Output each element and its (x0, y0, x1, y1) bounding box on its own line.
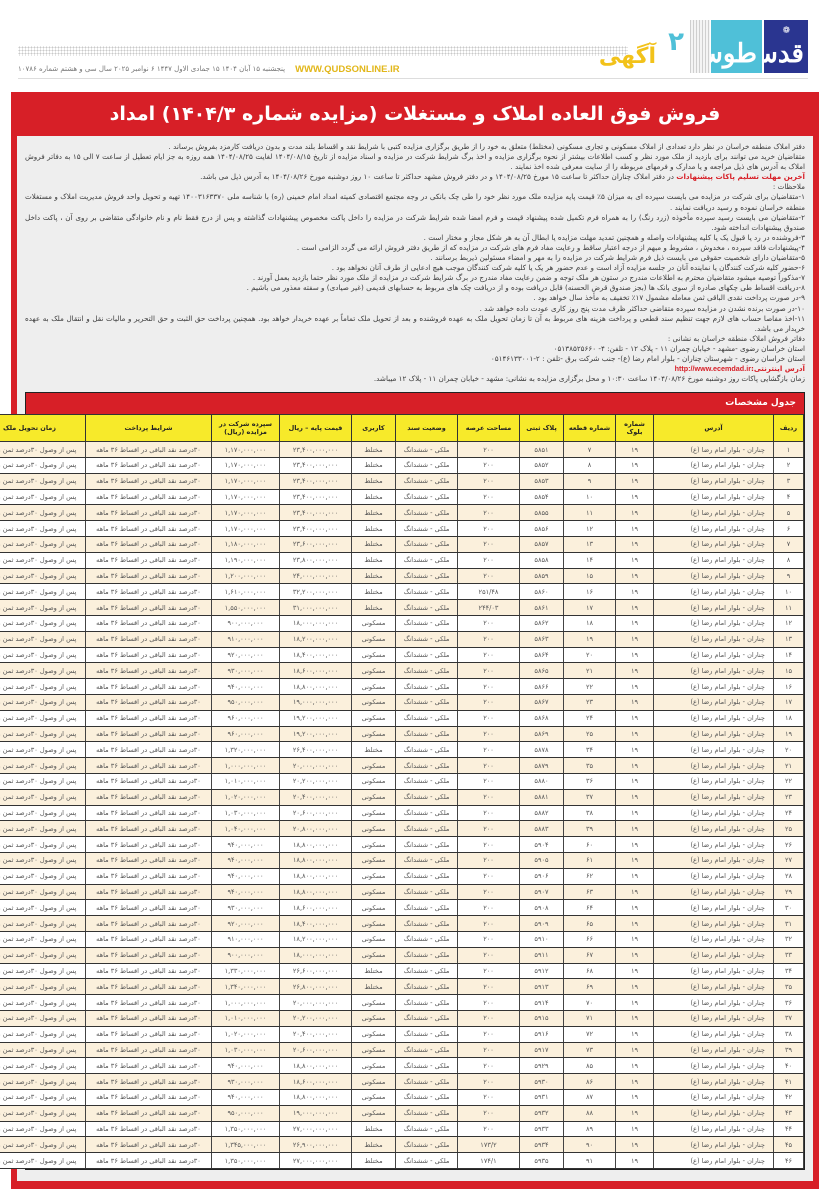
table-row: ۱۹چناران - بلوار امام رضا (ع)۱۹۲۵۵۸۶۹۲۰۰… (0, 726, 804, 742)
cell-area: ۲۰۰ (458, 537, 520, 553)
cell-usage: مسکونی (352, 1010, 396, 1026)
cell-block: ۱۹ (616, 1153, 654, 1169)
cell-usage: مختلط (352, 505, 396, 521)
cell-row-number: ۳۸ (774, 1026, 804, 1042)
cell-row-number: ۲۹ (774, 884, 804, 900)
cell-area: ۲۰۰ (458, 852, 520, 868)
cell-area: ۲۰۰ (458, 837, 520, 853)
cell-parcel: ۷۲ (564, 1026, 616, 1042)
cell-base-price: ۲۳,۴۰۰,۰۰۰,۰۰۰ (280, 458, 352, 474)
cell-row-number: ۹ (774, 568, 804, 584)
cell-deposit: ۹۵۰,۰۰۰,۰۰۰ (212, 695, 280, 711)
cell-deposit: ۱,۶۱۰,۰۰۰,۰۰۰ (212, 584, 280, 600)
table-row: ۲۰چناران - بلوار امام رضا (ع)۱۹۳۴۵۸۷۸۲۰۰… (0, 742, 804, 758)
cell-deed-status: ملکی - ششدانگ (396, 837, 458, 853)
table-row: ۱۴چناران - بلوار امام رضا (ع)۱۹۲۰۵۸۶۴۲۰۰… (0, 647, 804, 663)
cell-delivery-time: پس از وصول ۳۰درصد ثمن معامله (0, 647, 86, 663)
cell-usage: مسکونی (352, 1026, 396, 1042)
cell-parcel: ۶۹ (564, 979, 616, 995)
deadline-text: در دفتر املاک چناران حداکثر تا ساعت ۱۵ م… (200, 172, 676, 181)
cell-area: ۲۰۰ (458, 505, 520, 521)
cell-usage: مسکونی (352, 947, 396, 963)
cell-address: چناران - بلوار امام رضا (ع) (654, 773, 774, 789)
cell-deposit: ۹۱۰,۰۰۰,۰۰۰ (212, 931, 280, 947)
col-header-area: مساحت عرصه (458, 415, 520, 442)
cell-base-price: ۲۰,۴۰۰,۰۰۰,۰۰۰ (280, 789, 352, 805)
col-header-base-price: قیمت پایه – ریال (280, 415, 352, 442)
cell-area: ۲۰۰ (458, 1058, 520, 1074)
cell-deposit: ۹۴۰,۰۰۰,۰۰۰ (212, 852, 280, 868)
cell-area: ۲۰۰ (458, 726, 520, 742)
note-item: ۱۰-در صورت برنده نشدن در مزایده سپرده مت… (25, 304, 805, 314)
cell-base-price: ۲۰,۲۰۰,۰۰۰,۰۰۰ (280, 773, 352, 789)
issue-date: پنجشنبه ۱۵ آبان ۱۴۰۴ ۱۵ جمادی الاول ۱۴۴۷… (18, 65, 285, 73)
website-url-link[interactable]: http://www.ecemdad.ir (675, 364, 751, 374)
cell-block: ۱۹ (616, 979, 654, 995)
cell-plate: ۵۸۸۰ (520, 773, 564, 789)
table-row: ۲۷چناران - بلوار امام رضا (ع)۱۹۶۱۵۹۰۵۲۰۰… (0, 852, 804, 868)
cell-row-number: ۲ (774, 458, 804, 474)
cell-row-number: ۱۲ (774, 616, 804, 632)
cell-base-price: ۲۰,۶۰۰,۰۰۰,۰۰۰ (280, 1042, 352, 1058)
cell-plate: ۵۸۷۸ (520, 742, 564, 758)
cell-deed-status: ملکی - ششدانگ (396, 758, 458, 774)
cell-deposit: ۹۳۰,۰۰۰,۰۰۰ (212, 1074, 280, 1090)
cell-plate: ۵۸۵۴ (520, 489, 564, 505)
cell-deed-status: ملکی - ششدانگ (396, 1042, 458, 1058)
cell-address: چناران - بلوار امام رضا (ع) (654, 1153, 774, 1169)
cell-usage: مختلط (352, 552, 396, 568)
cell-parcel: ۱۵ (564, 568, 616, 584)
cell-delivery-time: پس از وصول ۳۰درصد ثمن معامله (0, 821, 86, 837)
cell-usage: مسکونی (352, 1042, 396, 1058)
col-header-deed: وضعیت سند (396, 415, 458, 442)
table-row: ۱۰چناران - بلوار امام رضا (ع)۱۹۱۶۵۸۶۰۲۵۱… (0, 584, 804, 600)
cell-delivery-time: پس از وصول ۳۰درصد ثمن معامله (0, 1074, 86, 1090)
cell-deed-status: ملکی - ششدانگ (396, 868, 458, 884)
cell-deed-status: ملکی - ششدانگ (396, 1010, 458, 1026)
cell-base-price: ۲۴,۰۰۰,۰۰۰,۰۰۰ (280, 568, 352, 584)
cell-address: چناران - بلوار امام رضا (ع) (654, 931, 774, 947)
cell-deed-status: ملکی - ششدانگ (396, 568, 458, 584)
cell-usage: مسکونی (352, 1074, 396, 1090)
cell-parcel: ۶۵ (564, 916, 616, 932)
cell-block: ۱۹ (616, 537, 654, 553)
cell-plate: ۵۹۳۰ (520, 1074, 564, 1090)
table-row: ۹چناران - بلوار امام رضا (ع)۱۹۱۵۵۸۵۹۲۰۰م… (0, 568, 804, 584)
cell-delivery-time: پس از وصول ۳۰درصد ثمن معامله (0, 442, 86, 458)
cell-area: ۲۰۰ (458, 695, 520, 711)
cell-plate: ۵۸۶۴ (520, 647, 564, 663)
cell-base-price: ۲۶,۶۰۰,۰۰۰,۰۰۰ (280, 963, 352, 979)
cell-deposit: ۱,۵۵۰,۰۰۰,۰۰۰ (212, 600, 280, 616)
cell-deposit: ۱,۰۰۰,۰۰۰,۰۰۰ (212, 995, 280, 1011)
cell-deposit: ۹۴۰,۰۰۰,۰۰۰ (212, 679, 280, 695)
cell-delivery-time: پس از وصول ۳۰درصد ثمن معامله (0, 1010, 86, 1026)
cell-address: چناران - بلوار امام رضا (ع) (654, 600, 774, 616)
cell-parcel: ۶۳ (564, 884, 616, 900)
cell-block: ۱۹ (616, 505, 654, 521)
table-row: ۲۲چناران - بلوار امام رضا (ع)۱۹۳۶۵۸۸۰۲۰۰… (0, 773, 804, 789)
table-row: ۷چناران - بلوار امام رضا (ع)۱۹۱۳۵۸۵۷۲۰۰م… (0, 537, 804, 553)
cell-deposit: ۱,۳۳۰,۰۰۰,۰۰۰ (212, 963, 280, 979)
cell-plate: ۵۸۵۸ (520, 552, 564, 568)
cell-usage: مختلط (352, 1121, 396, 1137)
cell-parcel: ۸۵ (564, 1058, 616, 1074)
cell-row-number: ۳۵ (774, 979, 804, 995)
cell-delivery-time: پس از وصول ۳۰درصد ثمن معامله (0, 631, 86, 647)
cell-row-number: ۸ (774, 552, 804, 568)
cell-usage: مختلط (352, 600, 396, 616)
cell-address: چناران - بلوار امام رضا (ع) (654, 758, 774, 774)
cell-usage: مختلط (352, 584, 396, 600)
cell-usage: مسکونی (352, 710, 396, 726)
cell-parcel: ۲۲ (564, 679, 616, 695)
cell-parcel: ۸۹ (564, 1121, 616, 1137)
cell-area: ۲۰۰ (458, 868, 520, 884)
cell-deed-status: ملکی - ششدانگ (396, 1058, 458, 1074)
cell-payment-terms: ۳۰درصد نقد الباقی در اقساط ۳۶ ماهه (86, 1121, 212, 1137)
cell-block: ۱۹ (616, 458, 654, 474)
cell-row-number: ۳۲ (774, 931, 804, 947)
cell-payment-terms: ۳۰درصد نقد الباقی در اقساط ۳۶ ماهه (86, 647, 212, 663)
cell-delivery-time: پس از وصول ۳۰درصد ثمن معامله (0, 931, 86, 947)
cell-delivery-time: پس از وصول ۳۰درصد ثمن معامله (0, 489, 86, 505)
cell-deposit: ۱,۳۵۰,۰۰۰,۰۰۰ (212, 1153, 280, 1169)
cell-deposit: ۹۴۰,۰۰۰,۰۰۰ (212, 884, 280, 900)
cell-delivery-time: پس از وصول ۳۰درصد ثمن معامله (0, 568, 86, 584)
table-row: ۱۶چناران - بلوار امام رضا (ع)۱۹۲۲۵۸۶۶۲۰۰… (0, 679, 804, 695)
cell-base-price: ۱۸,۸۰۰,۰۰۰,۰۰۰ (280, 679, 352, 695)
cell-row-number: ۲۲ (774, 773, 804, 789)
cell-block: ۱۹ (616, 789, 654, 805)
cell-plate: ۵۹۰۷ (520, 884, 564, 900)
cell-area: ۱۷۳/۲ (458, 1137, 520, 1153)
office-address-mashhad: استان خراسان رضوی -مشهد - خیابان چمران ۱… (25, 344, 805, 354)
properties-table: ردیف آدرس شماره بلوک شماره قطعه پلاک ثبت… (0, 414, 804, 1169)
cell-block: ۱۹ (616, 695, 654, 711)
cell-plate: ۵۸۶۱ (520, 600, 564, 616)
cell-address: چناران - بلوار امام رضا (ع) (654, 868, 774, 884)
cell-base-price: ۱۹,۰۰۰,۰۰۰,۰۰۰ (280, 1105, 352, 1121)
table-row: ۲چناران - بلوار امام رضا (ع)۱۹۸۵۸۵۲۲۰۰مل… (0, 458, 804, 474)
cell-payment-terms: ۳۰درصد نقد الباقی در اقساط ۳۶ ماهه (86, 868, 212, 884)
cell-deposit: ۹۲۰,۰۰۰,۰۰۰ (212, 647, 280, 663)
cell-row-number: ۵ (774, 505, 804, 521)
cell-deposit: ۹۲۰,۰۰۰,۰۰۰ (212, 916, 280, 932)
cell-plate: ۵۸۵۵ (520, 505, 564, 521)
cell-row-number: ۳۱ (774, 916, 804, 932)
col-header-plate: پلاک ثبتی (520, 415, 564, 442)
cell-block: ۱۹ (616, 805, 654, 821)
cell-plate: ۵۹۳۳ (520, 1121, 564, 1137)
cell-deed-status: ملکی - ششدانگ (396, 695, 458, 711)
cell-base-price: ۱۸,۸۰۰,۰۰۰,۰۰۰ (280, 868, 352, 884)
cell-plate: ۵۹۳۲ (520, 1105, 564, 1121)
cell-deposit: ۱,۳۲۰,۰۰۰,۰۰۰ (212, 742, 280, 758)
cell-row-number: ۱۶ (774, 679, 804, 695)
table-row: ۴۲چناران - بلوار امام رضا (ع)۱۹۸۷۵۹۳۱۲۰۰… (0, 1089, 804, 1105)
cell-block: ۱۹ (616, 868, 654, 884)
quds-logo: ❁ قدس (764, 20, 808, 73)
cell-deposit: ۹۴۰,۰۰۰,۰۰۰ (212, 837, 280, 853)
cell-deed-status: ملکی - ششدانگ (396, 1137, 458, 1153)
cell-deed-status: ملکی - ششدانگ (396, 742, 458, 758)
cell-plate: ۵۸۶۵ (520, 663, 564, 679)
cell-parcel: ۲۵ (564, 726, 616, 742)
decorative-stripes (690, 20, 710, 73)
note-item: ۲-متقاضیان می بایست رسید سپرده مأخوذه (ز… (25, 213, 805, 233)
cell-parcel: ۱۹ (564, 631, 616, 647)
note-item: ۹-در صورت پرداخت نقدی الباقی ثمن معامله … (25, 293, 805, 303)
cell-delivery-time: پس از وصول ۳۰درصد ثمن معامله (0, 1026, 86, 1042)
table-row: ۳۷چناران - بلوار امام رضا (ع)۱۹۷۱۵۹۱۵۲۰۰… (0, 1010, 804, 1026)
specs-table-container: جدول مشخصات ردیف آدرس شماره بلوک شماره ق… (25, 392, 805, 1170)
auction-advertisement: فروش فوق العاده املاک و مستغلات (مزایده … (11, 92, 819, 1189)
ad-body: دفتر املاک منطقه خراسان در نظر دارد تعدا… (17, 136, 813, 1181)
cell-deposit: ۱,۰۲۰,۰۰۰,۰۰۰ (212, 789, 280, 805)
cell-area: ۲۰۰ (458, 489, 520, 505)
cell-address: چناران - بلوار امام رضا (ع) (654, 1010, 774, 1026)
cell-usage: مختلط (352, 442, 396, 458)
cell-area: ۲۰۰ (458, 773, 520, 789)
table-row: ۲۸چناران - بلوار امام رضا (ع)۱۹۶۲۵۹۰۶۲۰۰… (0, 868, 804, 884)
table-row: ۴۴چناران - بلوار امام رضا (ع)۱۹۸۹۵۹۳۳۲۰۰… (0, 1121, 804, 1137)
toos-logo: طوس (711, 20, 762, 73)
cell-area: ۲۰۰ (458, 679, 520, 695)
cell-plate: ۵۹۱۰ (520, 931, 564, 947)
cell-block: ۱۹ (616, 679, 654, 695)
cell-area: ۲۰۰ (458, 568, 520, 584)
cell-row-number: ۲۰ (774, 742, 804, 758)
cell-delivery-time: پس از وصول ۳۰درصد ثمن معامله (0, 1153, 86, 1169)
note-item: ۳-فروشنده در رد یا قبول یک یا کلیه پیشنه… (25, 233, 805, 243)
cell-parcel: ۹۱ (564, 1153, 616, 1169)
cell-address: چناران - بلوار امام رضا (ع) (654, 852, 774, 868)
cell-parcel: ۸۷ (564, 1089, 616, 1105)
cell-area: ۲۰۰ (458, 442, 520, 458)
cell-usage: مسکونی (352, 884, 396, 900)
cell-payment-terms: ۳۰درصد نقد الباقی در اقساط ۳۶ ماهه (86, 916, 212, 932)
cell-row-number: ۷ (774, 537, 804, 553)
cell-deposit: ۱,۲۰۰,۰۰۰,۰۰۰ (212, 568, 280, 584)
col-header-parcel: شماره قطعه (564, 415, 616, 442)
cell-usage: مسکونی (352, 1058, 396, 1074)
cell-address: چناران - بلوار امام رضا (ع) (654, 1074, 774, 1090)
cell-block: ۱۹ (616, 1074, 654, 1090)
cell-base-price: ۱۸,۸۰۰,۰۰۰,۰۰۰ (280, 837, 352, 853)
cell-deed-status: ملکی - ششدانگ (396, 852, 458, 868)
cell-plate: ۵۹۳۱ (520, 1089, 564, 1105)
table-row: ۴۶چناران - بلوار امام رضا (ع)۱۹۹۱۵۹۳۵۱۷۴… (0, 1153, 804, 1169)
cell-base-price: ۱۸,۰۰۰,۰۰۰,۰۰۰ (280, 616, 352, 632)
cell-delivery-time: پس از وصول ۳۰درصد ثمن معامله (0, 900, 86, 916)
cell-plate: ۵۸۶۰ (520, 584, 564, 600)
cell-row-number: ۱۴ (774, 647, 804, 663)
cell-base-price: ۱۸,۴۰۰,۰۰۰,۰۰۰ (280, 647, 352, 663)
cell-area: ۲۰۰ (458, 884, 520, 900)
website-link[interactable]: WWW.QUDSONLINE.IR (295, 64, 400, 75)
cell-deed-status: ملکی - ششدانگ (396, 789, 458, 805)
cell-plate: ۵۸۵۱ (520, 442, 564, 458)
cell-plate: ۵۸۵۶ (520, 521, 564, 537)
table-row: ۸چناران - بلوار امام رضا (ع)۱۹۱۴۵۸۵۸۲۰۰م… (0, 552, 804, 568)
cell-plate: ۵۸۶۹ (520, 726, 564, 742)
table-row: ۲۳چناران - بلوار امام رضا (ع)۱۹۳۷۵۸۸۱۲۰۰… (0, 789, 804, 805)
cell-payment-terms: ۳۰درصد نقد الباقی در اقساط ۳۶ ماهه (86, 521, 212, 537)
cell-block: ۱۹ (616, 647, 654, 663)
cell-parcel: ۲۰ (564, 647, 616, 663)
intro-paragraph: متقاضیان خرید می توانند برای بازدید از م… (25, 152, 805, 172)
cell-address: چناران - بلوار امام رضا (ع) (654, 1089, 774, 1105)
cell-plate: ۵۸۵۷ (520, 537, 564, 553)
cell-area: ۲۰۰ (458, 663, 520, 679)
cell-area: ۲۰۰ (458, 1026, 520, 1042)
cell-parcel: ۳۸ (564, 805, 616, 821)
cell-parcel: ۲۱ (564, 663, 616, 679)
cell-plate: ۵۹۱۶ (520, 1026, 564, 1042)
cell-usage: مختلط (352, 979, 396, 995)
cell-address: چناران - بلوار امام رضا (ع) (654, 647, 774, 663)
cell-usage: مسکونی (352, 616, 396, 632)
cell-row-number: ۱۹ (774, 726, 804, 742)
cell-deposit: ۹۴۰,۰۰۰,۰۰۰ (212, 868, 280, 884)
cell-address: چناران - بلوار امام رضا (ع) (654, 584, 774, 600)
table-row: ۲۴چناران - بلوار امام رضا (ع)۱۹۳۸۵۸۸۲۲۰۰… (0, 805, 804, 821)
cell-row-number: ۱۸ (774, 710, 804, 726)
cell-address: چناران - بلوار امام رضا (ع) (654, 821, 774, 837)
cell-deed-status: ملکی - ششدانگ (396, 916, 458, 932)
table-title: جدول مشخصات (26, 393, 804, 414)
cell-area: ۲۰۰ (458, 931, 520, 947)
cell-parcel: ۱۴ (564, 552, 616, 568)
cell-deed-status: ملکی - ششدانگ (396, 442, 458, 458)
cell-address: چناران - بلوار امام رضا (ع) (654, 521, 774, 537)
cell-payment-terms: ۳۰درصد نقد الباقی در اقساط ۳۶ ماهه (86, 884, 212, 900)
cell-area: ۲۰۰ (458, 900, 520, 916)
cell-usage: مسکونی (352, 773, 396, 789)
cell-base-price: ۱۸,۸۰۰,۰۰۰,۰۰۰ (280, 1058, 352, 1074)
cell-row-number: ۳۳ (774, 947, 804, 963)
cell-area: ۲۰۰ (458, 552, 520, 568)
cell-payment-terms: ۳۰درصد نقد الباقی در اقساط ۳۶ ماهه (86, 679, 212, 695)
cell-parcel: ۳۵ (564, 758, 616, 774)
cell-parcel: ۳۷ (564, 789, 616, 805)
cell-payment-terms: ۳۰درصد نقد الباقی در اقساط ۳۶ ماهه (86, 947, 212, 963)
table-row: ۲۱چناران - بلوار امام رضا (ع)۱۹۳۵۵۸۷۹۲۰۰… (0, 758, 804, 774)
cell-delivery-time: پس از وصول ۳۰درصد ثمن معامله (0, 473, 86, 489)
cell-payment-terms: ۳۰درصد نقد الباقی در اقساط ۳۶ ماهه (86, 695, 212, 711)
cell-base-price: ۱۸,۸۰۰,۰۰۰,۰۰۰ (280, 852, 352, 868)
cell-row-number: ۴۱ (774, 1074, 804, 1090)
cell-delivery-time: پس از وصول ۳۰درصد ثمن معامله (0, 805, 86, 821)
cell-usage: مختلط (352, 568, 396, 584)
cell-payment-terms: ۳۰درصد نقد الباقی در اقساط ۳۶ ماهه (86, 742, 212, 758)
cell-area: ۲۰۰ (458, 805, 520, 821)
cell-parcel: ۱۰ (564, 489, 616, 505)
cell-address: چناران - بلوار امام رضا (ع) (654, 884, 774, 900)
cell-deed-status: ملکی - ششدانگ (396, 473, 458, 489)
cell-block: ۱۹ (616, 758, 654, 774)
note-item: ۶-حضور کلیه شرکت کنندگان یا نماینده آنان… (25, 263, 805, 273)
cell-delivery-time: پس از وصول ۳۰درصد ثمن معامله (0, 916, 86, 932)
cell-base-price: ۲۰,۸۰۰,۰۰۰,۰۰۰ (280, 821, 352, 837)
table-row: ۱۸چناران - بلوار امام رضا (ع)۱۹۲۴۵۸۶۸۲۰۰… (0, 710, 804, 726)
cell-address: چناران - بلوار امام رضا (ع) (654, 616, 774, 632)
cell-parcel: ۶۲ (564, 868, 616, 884)
cell-address: چناران - بلوار امام رضا (ع) (654, 695, 774, 711)
cell-address: چناران - بلوار امام رضا (ع) (654, 1105, 774, 1121)
cell-deed-status: ملکی - ششدانگ (396, 995, 458, 1011)
cell-block: ۱۹ (616, 521, 654, 537)
col-header-payment: شرایط پرداخت (86, 415, 212, 442)
cell-payment-terms: ۳۰درصد نقد الباقی در اقساط ۳۶ ماهه (86, 568, 212, 584)
cell-address: چناران - بلوار امام رضا (ع) (654, 916, 774, 932)
cell-area: ۲۰۰ (458, 916, 520, 932)
cell-row-number: ۴۶ (774, 1153, 804, 1169)
cell-row-number: ۲۱ (774, 758, 804, 774)
cell-usage: مسکونی (352, 805, 396, 821)
cell-delivery-time: پس از وصول ۳۰درصد ثمن معامله (0, 584, 86, 600)
cell-usage: مختلط (352, 537, 396, 553)
cell-deed-status: ملکی - ششدانگ (396, 1153, 458, 1169)
cell-delivery-time: پس از وصول ۳۰درصد ثمن معامله (0, 773, 86, 789)
cell-payment-terms: ۳۰درصد نقد الباقی در اقساط ۳۶ ماهه (86, 1042, 212, 1058)
cell-address: چناران - بلوار امام رضا (ع) (654, 1042, 774, 1058)
cell-block: ۱۹ (616, 837, 654, 853)
cell-usage: مسکونی (352, 916, 396, 932)
cell-deposit: ۱,۱۸۰,۰۰۰,۰۰۰ (212, 537, 280, 553)
cell-deed-status: ملکی - ششدانگ (396, 963, 458, 979)
cell-area: ۲۰۰ (458, 1042, 520, 1058)
cell-block: ۱۹ (616, 568, 654, 584)
cell-deed-status: ملکی - ششدانگ (396, 663, 458, 679)
cell-row-number: ۳۰ (774, 900, 804, 916)
cell-plate: ۵۸۸۱ (520, 789, 564, 805)
cell-row-number: ۱۰ (774, 584, 804, 600)
cell-delivery-time: پس از وصول ۳۰درصد ثمن معامله (0, 1137, 86, 1153)
office-address-chenaran: استان خراسان رضوی - شهرستان چناران - بلو… (25, 354, 805, 364)
cell-address: چناران - بلوار امام رضا (ع) (654, 552, 774, 568)
cell-deed-status: ملکی - ششدانگ (396, 679, 458, 695)
cell-payment-terms: ۳۰درصد نقد الباقی در اقساط ۳۶ ماهه (86, 900, 212, 916)
cell-deposit: ۱,۱۹۰,۰۰۰,۰۰۰ (212, 552, 280, 568)
cell-usage: مختلط (352, 489, 396, 505)
cell-payment-terms: ۳۰درصد نقد الباقی در اقساط ۳۶ ماهه (86, 726, 212, 742)
ad-title: فروش فوق العاده املاک و مستغلات (مزایده … (17, 92, 813, 136)
cell-base-price: ۱۸,۰۰۰,۰۰۰,۰۰۰ (280, 947, 352, 963)
cell-parcel: ۲۴ (564, 710, 616, 726)
cell-payment-terms: ۳۰درصد نقد الباقی در اقساط ۳۶ ماهه (86, 663, 212, 679)
table-row: ۶چناران - بلوار امام رضا (ع)۱۹۱۲۵۸۵۶۲۰۰م… (0, 521, 804, 537)
cell-area: ۲۰۰ (458, 1010, 520, 1026)
cell-usage: مسکونی (352, 837, 396, 853)
cell-area: ۲۰۰ (458, 821, 520, 837)
cell-payment-terms: ۳۰درصد نقد الباقی در اقساط ۳۶ ماهه (86, 600, 212, 616)
cell-row-number: ۳ (774, 473, 804, 489)
cell-base-price: ۲۳,۴۰۰,۰۰۰,۰۰۰ (280, 489, 352, 505)
cell-deed-status: ملکی - ششدانگ (396, 805, 458, 821)
website-label: آدرس اینترنتی: (751, 364, 805, 373)
cell-area: ۲۰۰ (458, 647, 520, 663)
cell-parcel: ۶۶ (564, 931, 616, 947)
cell-block: ۱۹ (616, 1121, 654, 1137)
cell-plate: ۵۸۸۲ (520, 805, 564, 821)
cell-deposit: ۱,۰۱۰,۰۰۰,۰۰۰ (212, 1010, 280, 1026)
cell-usage: مسکونی (352, 1089, 396, 1105)
cell-row-number: ۳۷ (774, 1010, 804, 1026)
cell-base-price: ۳۱,۰۰۰,۰۰۰,۰۰۰ (280, 600, 352, 616)
